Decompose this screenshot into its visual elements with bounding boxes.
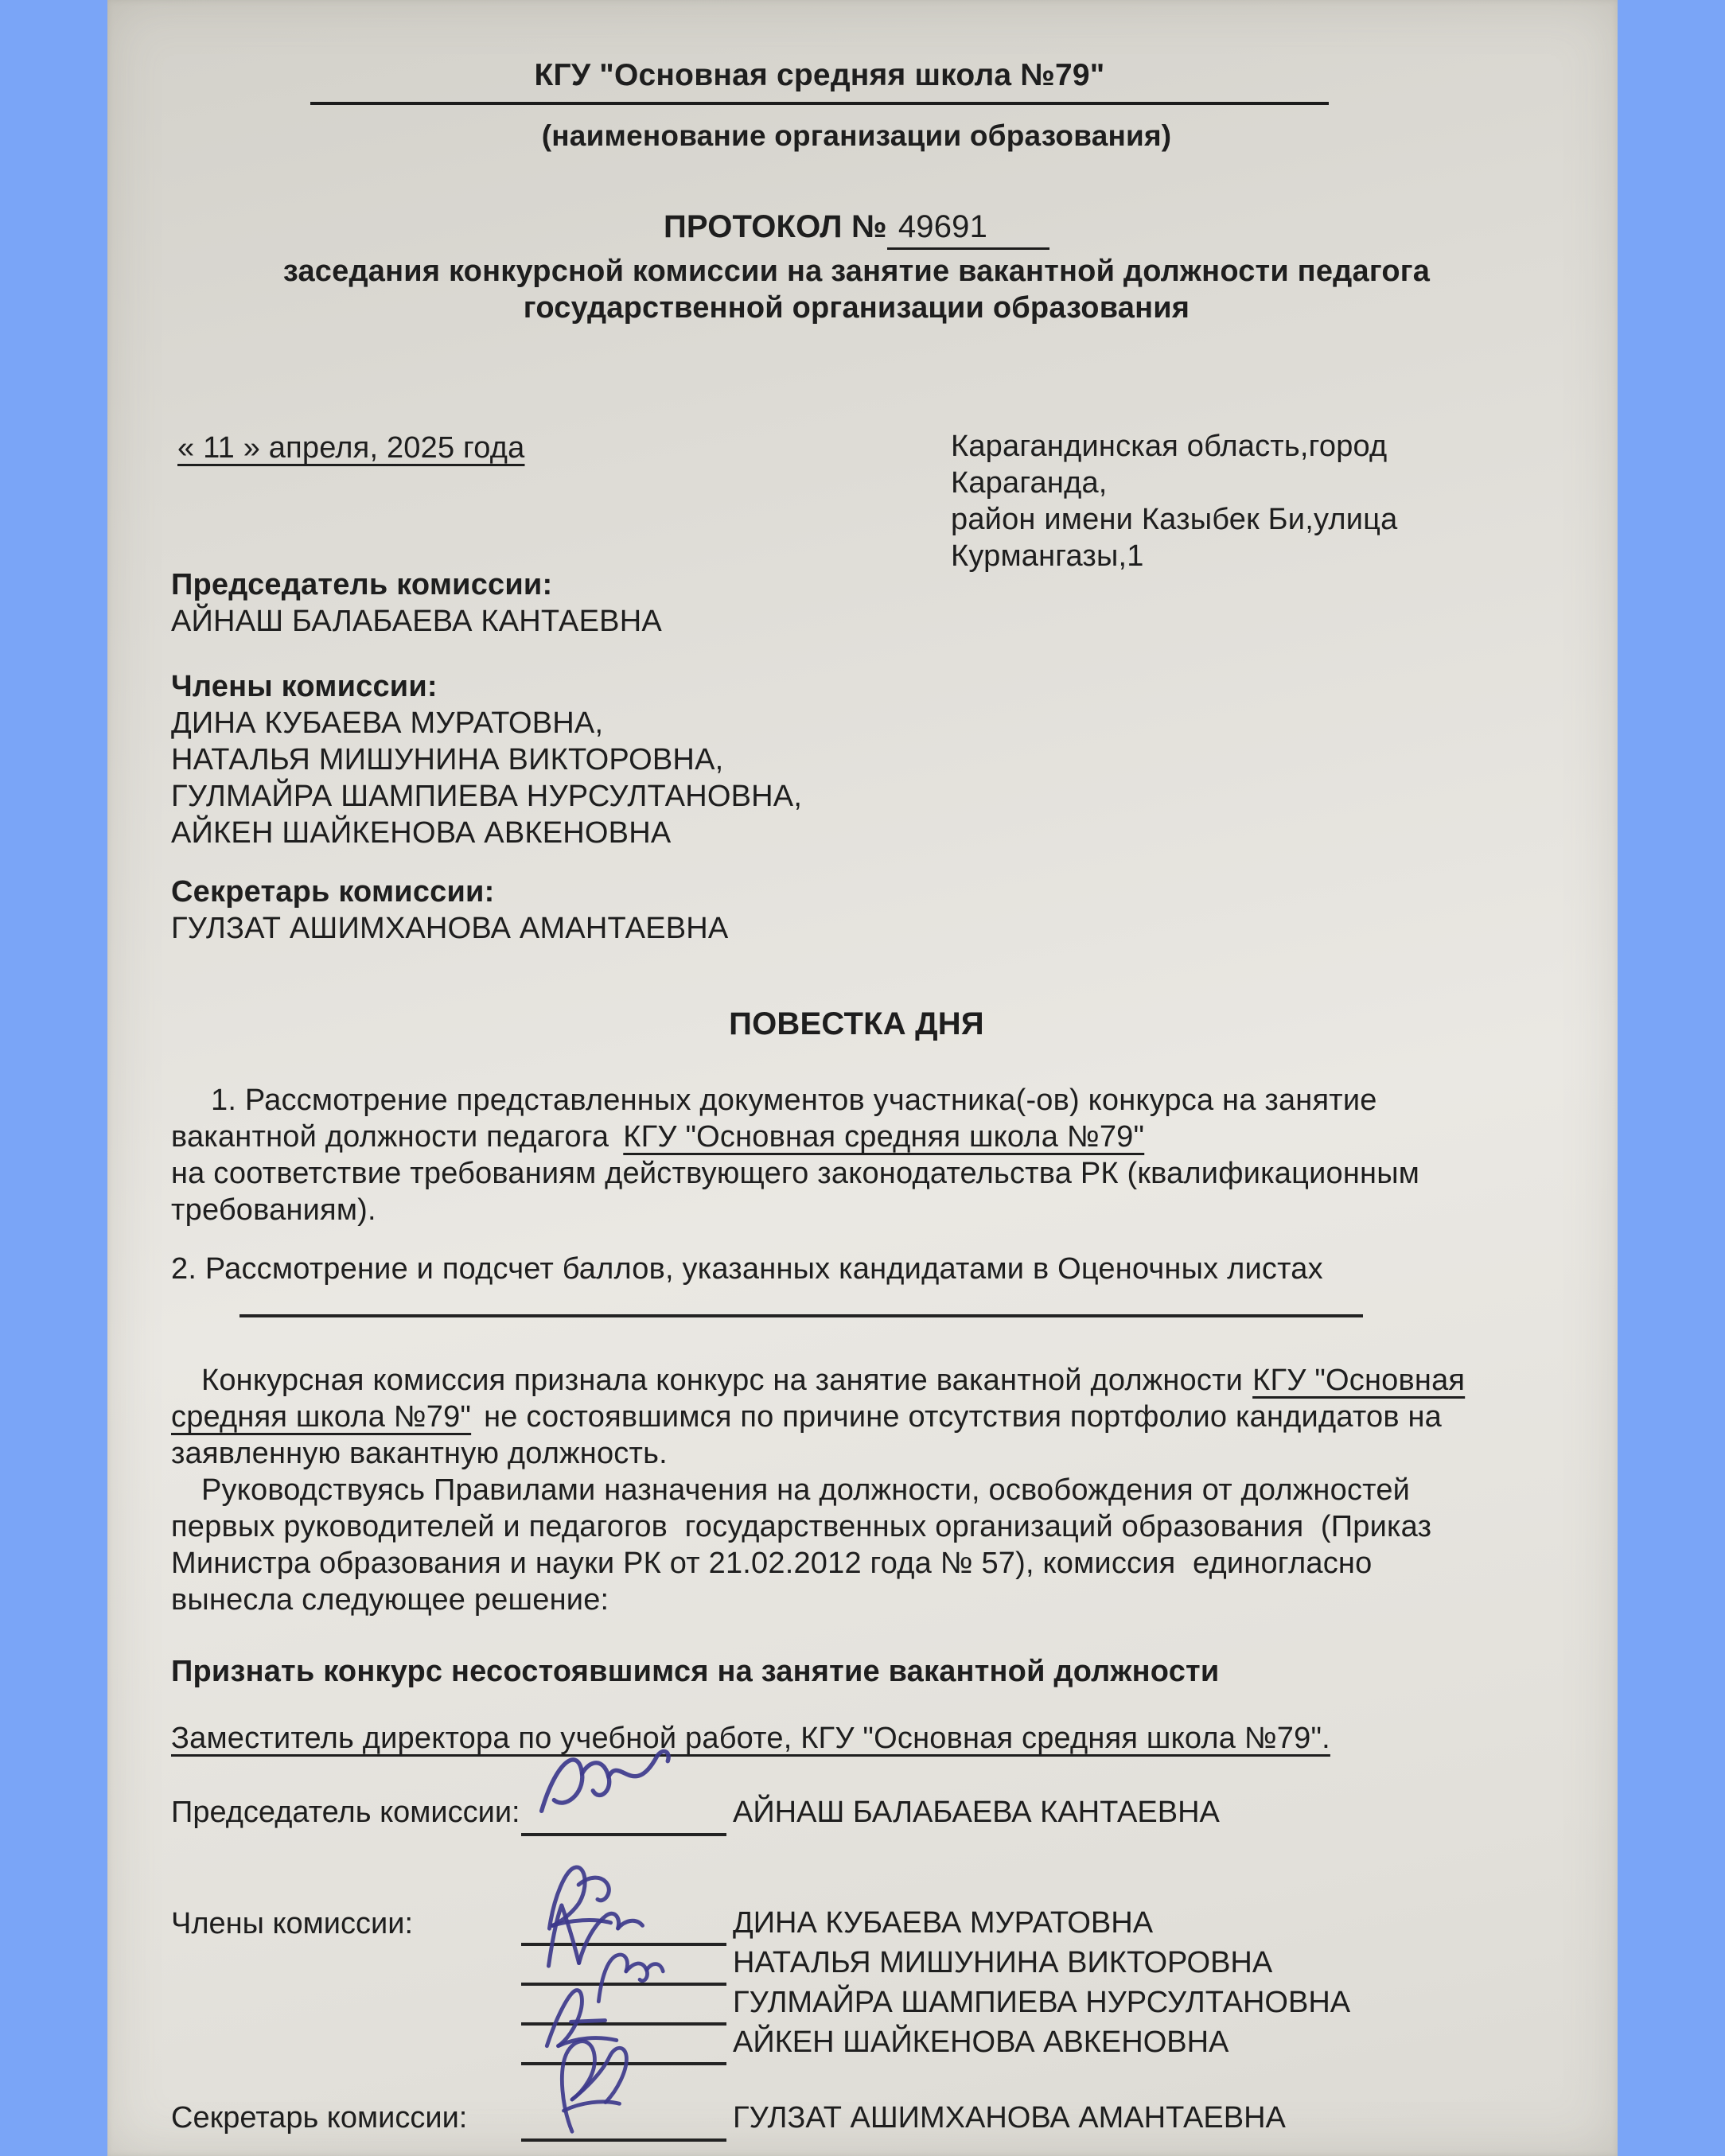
document-paper: КГУ "Основная средняя школа №79" (наимен… <box>107 0 1618 2156</box>
date-line: « 11 » апреля, 2025 года <box>177 431 525 465</box>
resolution-p1-school-part-1: КГУ "Основная <box>1252 1364 1465 1397</box>
agenda-item-1: 1. Рассмотрение представленных документо… <box>171 1082 1542 1228</box>
chairman-signature-name: АЙНАШ БАЛАБАЕВА КАНТАЕВНА <box>733 1792 1220 1833</box>
signature-row-members: Члены комиссии: ДИНА КУБАЕВА МУРАТОВНА <box>171 1903 1542 2062</box>
resolution-paragraph-1: Конкурсная комиссия признала конкурс на … <box>171 1362 1542 1472</box>
chairman-name: АЙНАШ БАЛАБАЕВА КАНТАЕВНА <box>171 603 1542 640</box>
agenda-title: ПОВЕСТКА ДНЯ <box>171 1006 1542 1042</box>
protocol-subtitle-line-1: заседания конкурсной комиссии на занятие… <box>171 253 1542 290</box>
secretary-block: Секретарь комиссии: ГУЛЗАТ АШИМХАНОВА АМ… <box>171 874 1542 947</box>
protocol-title: ПРОТОКОЛ №49691 <box>171 208 1542 245</box>
chairman-heading: Председатель комиссии: <box>171 566 1542 603</box>
resolution-p1-line-2: не состоявшимся по причине отсутствия по… <box>484 1400 1442 1434</box>
chairman-block: Председатель комиссии: АЙНАШ БАЛАБАЕВА К… <box>171 566 1542 640</box>
resolution-p2-line-3: Министра образования и науки РК от 21.02… <box>171 1547 1372 1580</box>
members-heading: Члены комиссии: <box>171 668 1542 705</box>
separator-line <box>239 1314 1363 1317</box>
resolution-p1-line-3: заявленную вакантную должность. <box>171 1437 668 1470</box>
member-name: ГУЛМАЙРА ШАМПИЕВА НУРСУЛТАНОВНА, <box>171 778 1542 815</box>
org-name-caption: (наименование организации образования) <box>171 118 1542 154</box>
signature-row-secretary: Секретарь комиссии: ГУЛЗАТ АШИМХАНОВА АМ… <box>171 2097 1542 2142</box>
signature-row-chairman: Председатель комиссии: АЙНАШ БАЛАБАЕВА К… <box>171 1792 1542 1836</box>
secretary-signature-label: Секретарь комиссии: <box>171 2097 521 2138</box>
decision-line: Признать конкурс несостоявшимся на занят… <box>171 1653 1542 1690</box>
protocol-number: 49691 <box>887 209 1049 250</box>
members-signature-label: Члены комиссии: <box>171 1903 521 1944</box>
chairman-signature <box>528 1730 715 1841</box>
member-name: НАТАЛЬЯ МИШУНИНА ВИКТОРОВНА, <box>171 741 1542 778</box>
org-name: КГУ "Основная средняя школа №79" <box>310 57 1329 105</box>
member-name: АЙКЕН ШАЙКЕНОВА АВКЕНОВНА <box>171 815 1542 851</box>
member-signature-name: ГУЛМАЙРА ШАМПИЕВА НУРСУЛТАНОВНА <box>733 1983 1350 2022</box>
member-name: ДИНА КУБАЕВА МУРАТОВНА, <box>171 705 1542 741</box>
resolution-p2-line-1: Руководствуясь Правилами назначения на д… <box>201 1473 1410 1507</box>
secretary-heading: Секретарь комиссии: <box>171 874 1542 910</box>
member-signature-name: АЙКЕН ШАЙКЕНОВА АВКЕНОВНА <box>733 2022 1229 2062</box>
location-line: Карагандинская область,город Караганда, <box>951 428 1542 501</box>
secretary-signature-name: ГУЛЗАТ АШИМХАНОВА АМАНТАЕВНА <box>733 2097 1286 2138</box>
agenda-item-1-line-2: вакантной должности педагога <box>171 1120 609 1154</box>
agenda-item-1-line-1: 1. Рассмотрение представленных документо… <box>211 1084 1377 1117</box>
signature-line <box>521 1792 726 1836</box>
agenda-item-1-line-3: на соответствие требованиям действующего… <box>171 1157 1419 1190</box>
member-signature-name: ДИНА КУБАЕВА МУРАТОВНА <box>733 1903 1153 1943</box>
agenda-item-1-school: КГУ "Основная средняя школа №79" <box>623 1120 1144 1154</box>
org-name-line: КГУ "Основная средняя школа №79" <box>171 57 1542 105</box>
agenda-item-2: 2. Рассмотрение и подсчет баллов, указан… <box>171 1251 1542 1287</box>
protocol-label: ПРОТОКОЛ № <box>664 209 887 244</box>
secretary-signature <box>528 2019 695 2146</box>
signature-line <box>521 2097 726 2142</box>
resolution-p2-line-2: первых руководителей и педагогов государ… <box>171 1510 1431 1543</box>
agenda-item-1-line-4: требованиям). <box>171 1193 376 1227</box>
location-block: Карагандинская область,город Караганда, … <box>951 428 1542 574</box>
position-line: Заместитель директора по учебной работе,… <box>171 1720 1542 1757</box>
resolution-paragraph-2: Руководствуясь Правилами назначения на д… <box>171 1472 1542 1618</box>
secretary-name: ГУЛЗАТ АШИМХАНОВА АМАНТАЕВНА <box>171 910 1542 947</box>
protocol-subtitle-line-2: государственной организации образования <box>171 290 1542 326</box>
page-background: { "page": { "background_color": "#7aa5f7… <box>0 0 1725 2156</box>
position-text: Заместитель директора по учебной работе,… <box>171 1722 1330 1755</box>
members-block: Члены комиссии: ДИНА КУБАЕВА МУРАТОВНА, … <box>171 668 1542 851</box>
resolution-p1-line-1: Конкурсная комиссия признала конкурс на … <box>201 1364 1243 1397</box>
chairman-signature-label: Председатель комиссии: <box>171 1792 521 1833</box>
resolution-p2-line-4: вынесла следующее решение: <box>171 1583 609 1617</box>
resolution-p1-school-part-2: средняя школа №79" <box>171 1400 471 1434</box>
member-signature-name: НАТАЛЬЯ МИШУНИНА ВИКТОРОВНА <box>733 1943 1272 1983</box>
location-line: район имени Казыбек Би,улица <box>951 501 1542 538</box>
